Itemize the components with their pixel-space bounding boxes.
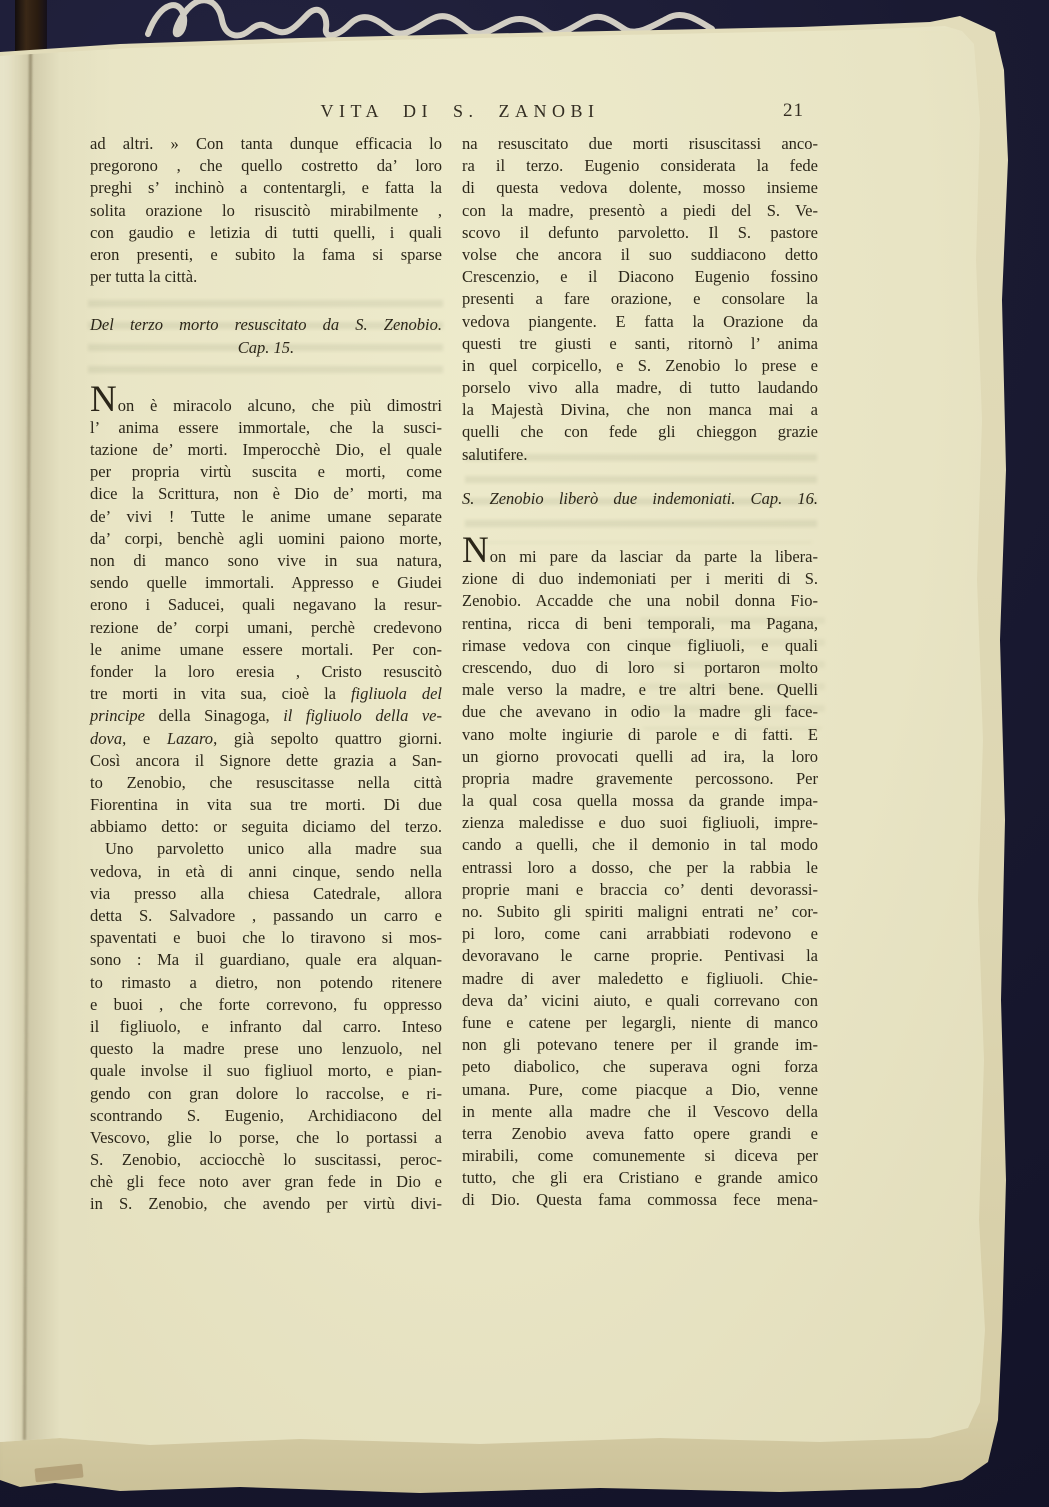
drop-cap: N (90, 379, 118, 420)
text-line: per propria virtù suscita e morti, come (90, 461, 442, 483)
text-line: via presso alla chiesa Catedrale, allora (90, 883, 442, 905)
text-line: to rimasto a dietro, non potendo ritener… (90, 972, 442, 994)
text-line: non gli potevano tenere per il grande im… (462, 1034, 818, 1056)
text-line: chè gli fece noto aver gran fede in Dio … (90, 1171, 442, 1193)
text-line: no. Subito gli spiriti maligni entrati n… (462, 901, 818, 923)
text-line: le anime umane essere mortali. Per con- (90, 639, 442, 661)
text-line: Cap. 15. (90, 337, 442, 359)
text-line: Del terzo morto resuscitato da S. Zenobi… (90, 314, 442, 336)
running-title: VITA DI S. ZANOBI (150, 101, 770, 122)
text-line: la Majestà Divina, che non manca mai a (462, 399, 818, 421)
text-line: l’ anima essere immortale, che la susci- (90, 417, 442, 439)
text-line: e buoi , che forte correvono, fu oppress… (90, 994, 442, 1016)
text-line: porselo vivo alla madre, di tutto laudan… (462, 377, 818, 399)
paragraph: Uno parvoletto unico alla madre suavedov… (90, 838, 442, 1215)
text-line: sono : Ma il guardiano, quale era alquan… (90, 949, 442, 971)
text-line: in mente alla madre che il Vescovo della (462, 1101, 818, 1123)
text-line: Fiorentina in vita sua tre morti. Di due (90, 794, 442, 816)
drop-cap: N (462, 530, 490, 571)
text-line: proprie mani e braccia co’ denti devoras… (462, 879, 818, 901)
text-line: to Zenobio, che resuscitasse nella città (90, 772, 442, 794)
text-line: scontrando S. Eugenio, Archidiacono del (90, 1105, 442, 1127)
text-line: Uno parvoletto unico alla madre sua (90, 838, 442, 860)
text-line: da’ corpi, benchè agli uomini paiono mor… (90, 528, 442, 550)
text-line: di questa vedova dolente, mosso insieme (462, 177, 818, 199)
text-line: non di manco sono vive in sua natura, (90, 550, 442, 572)
text-line: tre morti in vita sua, cioè la figliuola… (90, 683, 442, 705)
text-line: spaventati e buoi che lo tiravono si mos… (90, 927, 442, 949)
scanned-book-photo: VITA DI S. ZANOBI 21 ad altri. » Con tan… (0, 0, 1049, 1507)
text-line: un giorno provocati quelli ad ira, la lo… (462, 746, 818, 768)
text-line: cando a quelli, che il demonio in tal mo… (462, 834, 818, 856)
text-line: S. Zenobio, acciocchè lo suscitassi, per… (90, 1149, 442, 1171)
text-line: erono i Saducei, quali negavano la resur… (90, 594, 442, 616)
chapter-heading: Del terzo morto resuscitato da S. Zenobi… (90, 314, 442, 358)
text-line: de’ vivi ! Tutte le anime umane separate (90, 506, 442, 528)
text-line: deva da’ vicini aiuto, e quali correvano… (462, 990, 818, 1012)
text-line: due che avevano in odio la madre gli fac… (462, 701, 818, 723)
text-line: quelli che con fede gli chieggon grazie (462, 421, 818, 443)
text-line: male verso la madre, e tre altri bene. Q… (462, 679, 818, 701)
text-line: na resuscitato due morti risuscitassi an… (462, 133, 818, 155)
text-line: dova, e Lazaro, già sepolto quattro gior… (90, 728, 442, 750)
text-line: rezione de’ corpi umani, perchè credevon… (90, 617, 442, 639)
text-line: salutifere. (462, 444, 818, 466)
text-line: madre di aver maledetto e figliuoli. Chi… (462, 968, 818, 990)
text-line: quale involse il suo figliuol morto, e p… (90, 1060, 442, 1082)
page-number: 21 (783, 100, 804, 122)
text-line: S. Zenobio liberò due indemoniati. Cap. … (462, 488, 818, 510)
text-line: terra Zenobio aveva fatto opere grandi e (462, 1123, 818, 1145)
paragraph: Non è miracolo alcuno, che più dimostril… (90, 395, 442, 839)
text-line: in quel corpicello, e S. Zenobio lo pres… (462, 355, 818, 377)
text-line: preghi s’ inchinò a contentargli, e fatt… (90, 177, 442, 199)
text-line: con gaudio e letizia di tutti quelli, i … (90, 222, 442, 244)
text-line: la qual cosa quella mossa da grande impa… (462, 790, 818, 812)
text-line: zienza maledisse e duo suoi figliuoli, i… (462, 812, 818, 834)
text-line: entrassi loro a dosso, che per la rabbia… (462, 857, 818, 879)
text-line: eron presenti, e subito la fama si spars… (90, 244, 442, 266)
text-line: propria madre gravemente percossono. Per (462, 768, 818, 790)
text-line: il figliuolo, e infranto dal carro. Inte… (90, 1016, 442, 1038)
text-line: Così ancora il Signore dette grazia a Sa… (90, 750, 442, 772)
text-line: principe della Sinagoga, il figliuolo de… (90, 705, 442, 727)
text-line: gendo con gran dolore lo raccolse, e ri- (90, 1083, 442, 1105)
text-line: presenti a fare orazione, e consolare la (462, 288, 818, 310)
text-line: tazione de’ morti. Imperocchè Dio, el qu… (90, 439, 442, 461)
text-line: pi loro, come cani arrabbiati rodevono e (462, 923, 818, 945)
text-line: ra il terzo. Eugenio considerata la fede (462, 155, 818, 177)
text-line: volse che ancora il suo suddiacono detto (462, 244, 818, 266)
text-line: umana. Pure, come piacque a Dio, venne (462, 1079, 818, 1101)
book-page: VITA DI S. ZANOBI 21 ad altri. » Con tan… (0, 0, 1049, 1507)
text-line: questi tre giusti e santi, ritornò l’ an… (462, 333, 818, 355)
text-line: di Dio. Questa fama commossa fece mena- (462, 1189, 818, 1211)
text-line: peto diabolico, che superava ogni forza (462, 1056, 818, 1078)
text-line: rentina, ricca di beni temporali, ma Pag… (462, 613, 818, 635)
text-line: fune e catene per legargli, niente di ma… (462, 1012, 818, 1034)
text-line: fonder la loro eresia , Cristo resuscitò (90, 661, 442, 683)
text-column-right: na resuscitato due morti risuscitassi an… (462, 133, 818, 1212)
text-line: sendo quelle immortali. Appresso e Giude… (90, 572, 442, 594)
text-line: vedova, in età di anni cinque, sendo nel… (90, 861, 442, 883)
text-line: in S. Zenobio, che avendo per virtù divi… (90, 1193, 442, 1215)
text-line: Non è miracolo alcuno, che più dimostri (90, 395, 442, 417)
book-spine-edge (15, 0, 47, 52)
text-line: abbiamo detto: or seguita diciamo del te… (90, 816, 442, 838)
text-line: ad altri. » Con tanta dunque efficacia l… (90, 133, 442, 155)
text-line: zione di duo indemoniati per i meriti di… (462, 568, 818, 590)
paragraph: Non mi pare da lasciar da parte la liber… (462, 546, 818, 1212)
text-column-left: ad altri. » Con tanta dunque efficacia l… (90, 133, 442, 1216)
text-line: crescendo, duo di loro si portaron molto (462, 657, 818, 679)
chapter-heading: S. Zenobio liberò due indemoniati. Cap. … (462, 488, 818, 510)
paragraph: na resuscitato due morti risuscitassi an… (462, 133, 818, 466)
text-line: devoravano le carne proprie. Pentivasi l… (462, 945, 818, 967)
text-line: vano molte ingiurie di parole e di fatti… (462, 724, 818, 746)
text-line: questo la madre prese uno lenzuolo, nel (90, 1038, 442, 1060)
text-line: Vescovo, glie lo porse, che lo portassi … (90, 1127, 442, 1149)
text-line: tutto, che gli era Cristiano e grande am… (462, 1167, 818, 1189)
text-line: Zenobio. Accadde che una nobil donna Fio… (462, 590, 818, 612)
text-line: Non mi pare da lasciar da parte la liber… (462, 546, 818, 568)
text-line: dice la Scrittura, non è Dio de’ morti, … (90, 483, 442, 505)
text-line: solita orazione lo risuscitò mirabilment… (90, 200, 442, 222)
text-line: vedova piangente. E fatta la Orazione da (462, 311, 818, 333)
gutter-crease (23, 52, 32, 1440)
paragraph: ad altri. » Con tanta dunque efficacia l… (90, 133, 442, 288)
text-line: rimase vedova con cinque figliuoli, e qu… (462, 635, 818, 657)
text-line: mirabili, come comunemente si diceva per (462, 1145, 818, 1167)
text-line: pregorono , che quello costretto da’ lor… (90, 155, 442, 177)
text-line: per tutta la città. (90, 266, 442, 288)
text-line: Crescenzio, e il Diacono Eugenio fossino (462, 266, 818, 288)
text-line: con la madre, presentò a piedi del S. Ve… (462, 200, 818, 222)
text-line: detta S. Salvadore , passando un carro e (90, 905, 442, 927)
text-line: scovo il defunto parvoletto. Il S. pasto… (462, 222, 818, 244)
